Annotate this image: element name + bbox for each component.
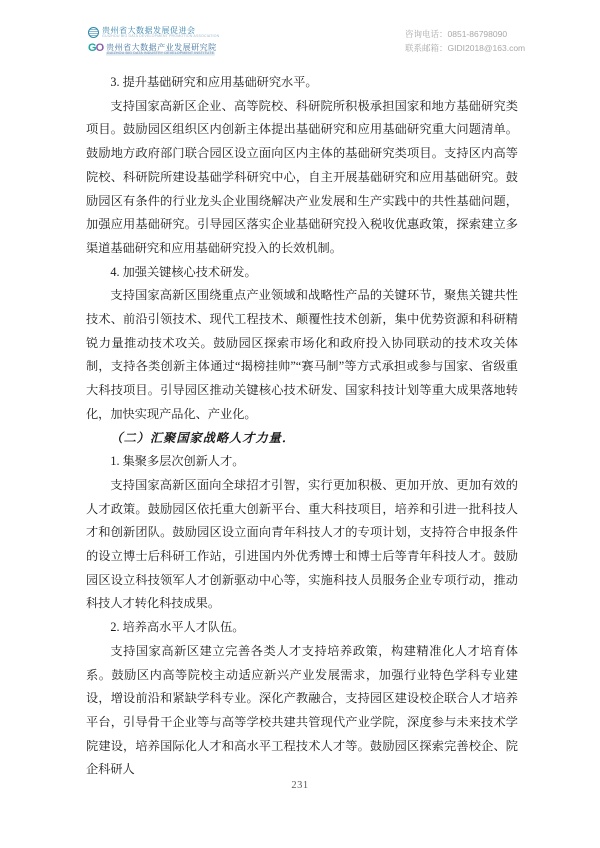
paragraph: 支持国家高新区面向全球招才引智，实行更加积极、更加开放、更加有效的人才政策。鼓励…	[86, 474, 518, 616]
logo-association: 贵州省大数据发展促进会 GUIZHOU BIG DATA DEVELOPMENT…	[88, 26, 265, 40]
logo-association-subtitle: GUIZHOU BIG DATA DEVELOPMENT PROMOTION A…	[102, 35, 219, 39]
org-logos: 贵州省大数据发展促进会 GUIZHOU BIG DATA DEVELOPMENT…	[88, 26, 265, 60]
contact-info: 咨询电话：0851-86798090 联系邮箱：GIDI2018@163.com	[405, 27, 525, 55]
paragraph: 支持国家高新区建立完善各类人才支持培养政策，构建精准化人才培育体系。鼓励区内高等…	[86, 640, 518, 782]
section-heading: （二）汇聚国家战略人才力量．	[86, 427, 518, 451]
item-heading: 4. 加强关键核心技术研发。	[86, 261, 518, 285]
item-heading: 1. 集聚多层次创新人才。	[86, 450, 518, 474]
page-number: 231	[0, 780, 600, 791]
paragraph: 支持国家高新区围绕重点产业领域和战略性产品的关键环节，聚焦关键共性技术、前沿引领…	[86, 284, 518, 426]
globe-icon	[88, 27, 99, 38]
paragraph: 支持国家高新区企业、高等院校、科研院所积极承担国家和地方基础研究类项目。鼓励园区…	[86, 95, 518, 261]
go-monogram-icon: GO	[88, 43, 103, 54]
contact-email-row: 联系邮箱：GIDI2018@163.com	[405, 41, 525, 55]
item-heading: 2. 培养高水平人才队伍。	[86, 616, 518, 640]
contact-email-label: 联系邮箱：	[405, 43, 448, 53]
go-mark-g: G	[88, 42, 96, 54]
document-page: 贵州省大数据发展促进会 GUIZHOU BIG DATA DEVELOPMENT…	[0, 0, 600, 848]
document-body: 3. 提升基础研究和应用基础研究水平。支持国家高新区企业、高等院校、科研院所积极…	[86, 71, 518, 782]
contact-phone-row: 咨询电话：0851-86798090	[405, 27, 525, 41]
go-mark-o: O	[96, 42, 104, 54]
contact-email-value: GIDI2018@163.com	[448, 43, 526, 53]
contact-phone-label: 咨询电话：	[405, 29, 448, 39]
logo-association-text: 贵州省大数据发展促进会 GUIZHOU BIG DATA DEVELOPMENT…	[102, 26, 265, 40]
logo-institute-subtitle: GUIZHOU BIG DATA INDUSTRY DEVELOPMENT IN…	[106, 52, 215, 56]
logo-institute: GO 贵州省大数据产业发展研究院 GUIZHOU BIG DATA INDUST…	[88, 43, 265, 57]
item-heading: 3. 提升基础研究和应用基础研究水平。	[86, 71, 518, 95]
contact-phone-value: 0851-86798090	[448, 29, 508, 39]
logo-institute-text: 贵州省大数据产业发展研究院 GUIZHOU BIG DATA INDUSTRY …	[106, 43, 257, 57]
